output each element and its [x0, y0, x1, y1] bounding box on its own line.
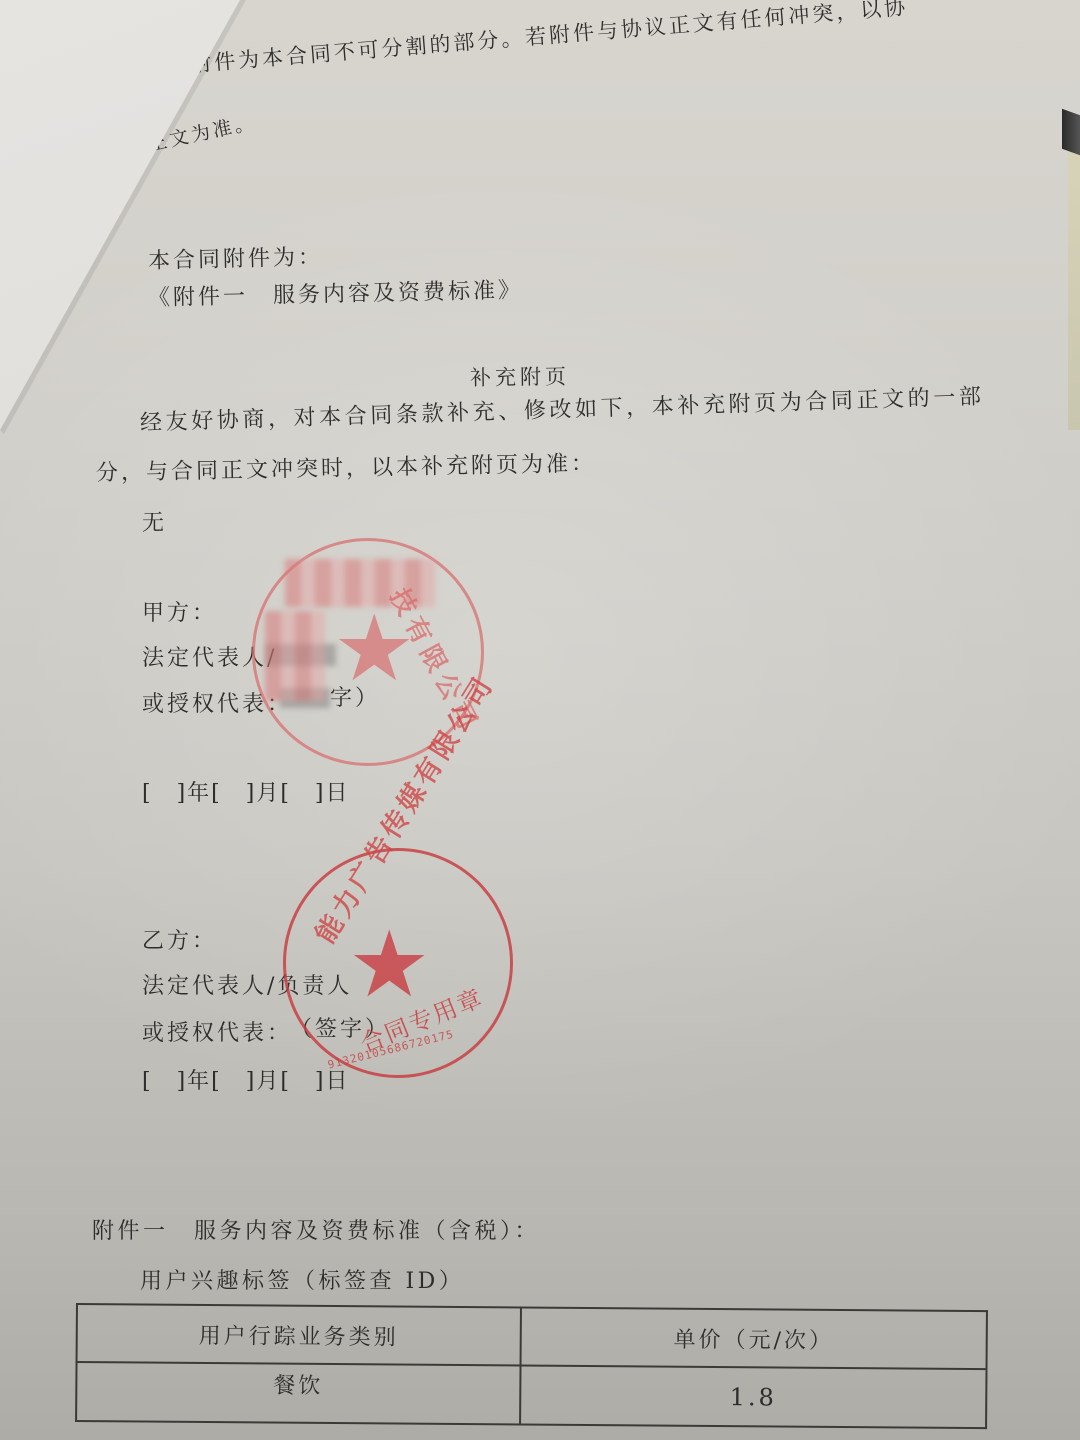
table-row: 餐饮 1.8	[76, 1362, 986, 1428]
party-a-date: [ ]年[ ]月[ ]日	[142, 776, 350, 807]
party-b-label: 乙方：	[142, 924, 217, 955]
clause-3-line-1: 0.3附件为本合同不可分割的部分。若附件与协议正文有任何冲突，以协	[147, 0, 909, 82]
seal-star-icon: ★	[348, 919, 430, 1011]
attachment-list-item: 《附件一 服务内容及资费标准》	[148, 273, 524, 312]
attachments-intro: 本合同附件为：	[148, 240, 324, 275]
table-header-unit-price: 单价（元/次）	[521, 1307, 987, 1369]
annex-title: 附件一 服务内容及资费标准（含税）：	[92, 1214, 540, 1245]
annex-subtitle: 用户兴趣标签（标签查 ID）	[140, 1264, 464, 1295]
fee-table: 用户行踪业务类别 单价（元/次） 餐饮 1.8	[75, 1303, 988, 1429]
table-header-row: 用户行踪业务类别 单价（元/次）	[77, 1304, 987, 1369]
supplement-paragraph-line-2: 分，与合同正文冲突时，以本补充附页为准：	[96, 446, 597, 487]
seal-redacted-text	[265, 611, 325, 701]
table-cell-category: 餐饮	[76, 1362, 520, 1424]
party-b-contract-seal: 能力广告传媒有限公司 ★ 合同专用章 91320105686720175	[283, 848, 513, 1078]
table-cell-unit-price: 1.8	[520, 1365, 986, 1428]
party-a-label: 甲方：	[142, 596, 217, 627]
supplement-title: 补充附页	[470, 361, 570, 392]
supplement-content: 无	[142, 506, 167, 537]
document-content: 0.3附件为本合同不可分割的部分。若附件与协议正文有任何冲突，以协 正文为准。 …	[0, 0, 1080, 1440]
party-b-authorized-rep: 或授权代表：	[142, 1016, 292, 1047]
party-b-date: [ ]年[ ]月[ ]日	[142, 1064, 350, 1095]
table-header-category: 用户行踪业务类别	[77, 1304, 521, 1365]
